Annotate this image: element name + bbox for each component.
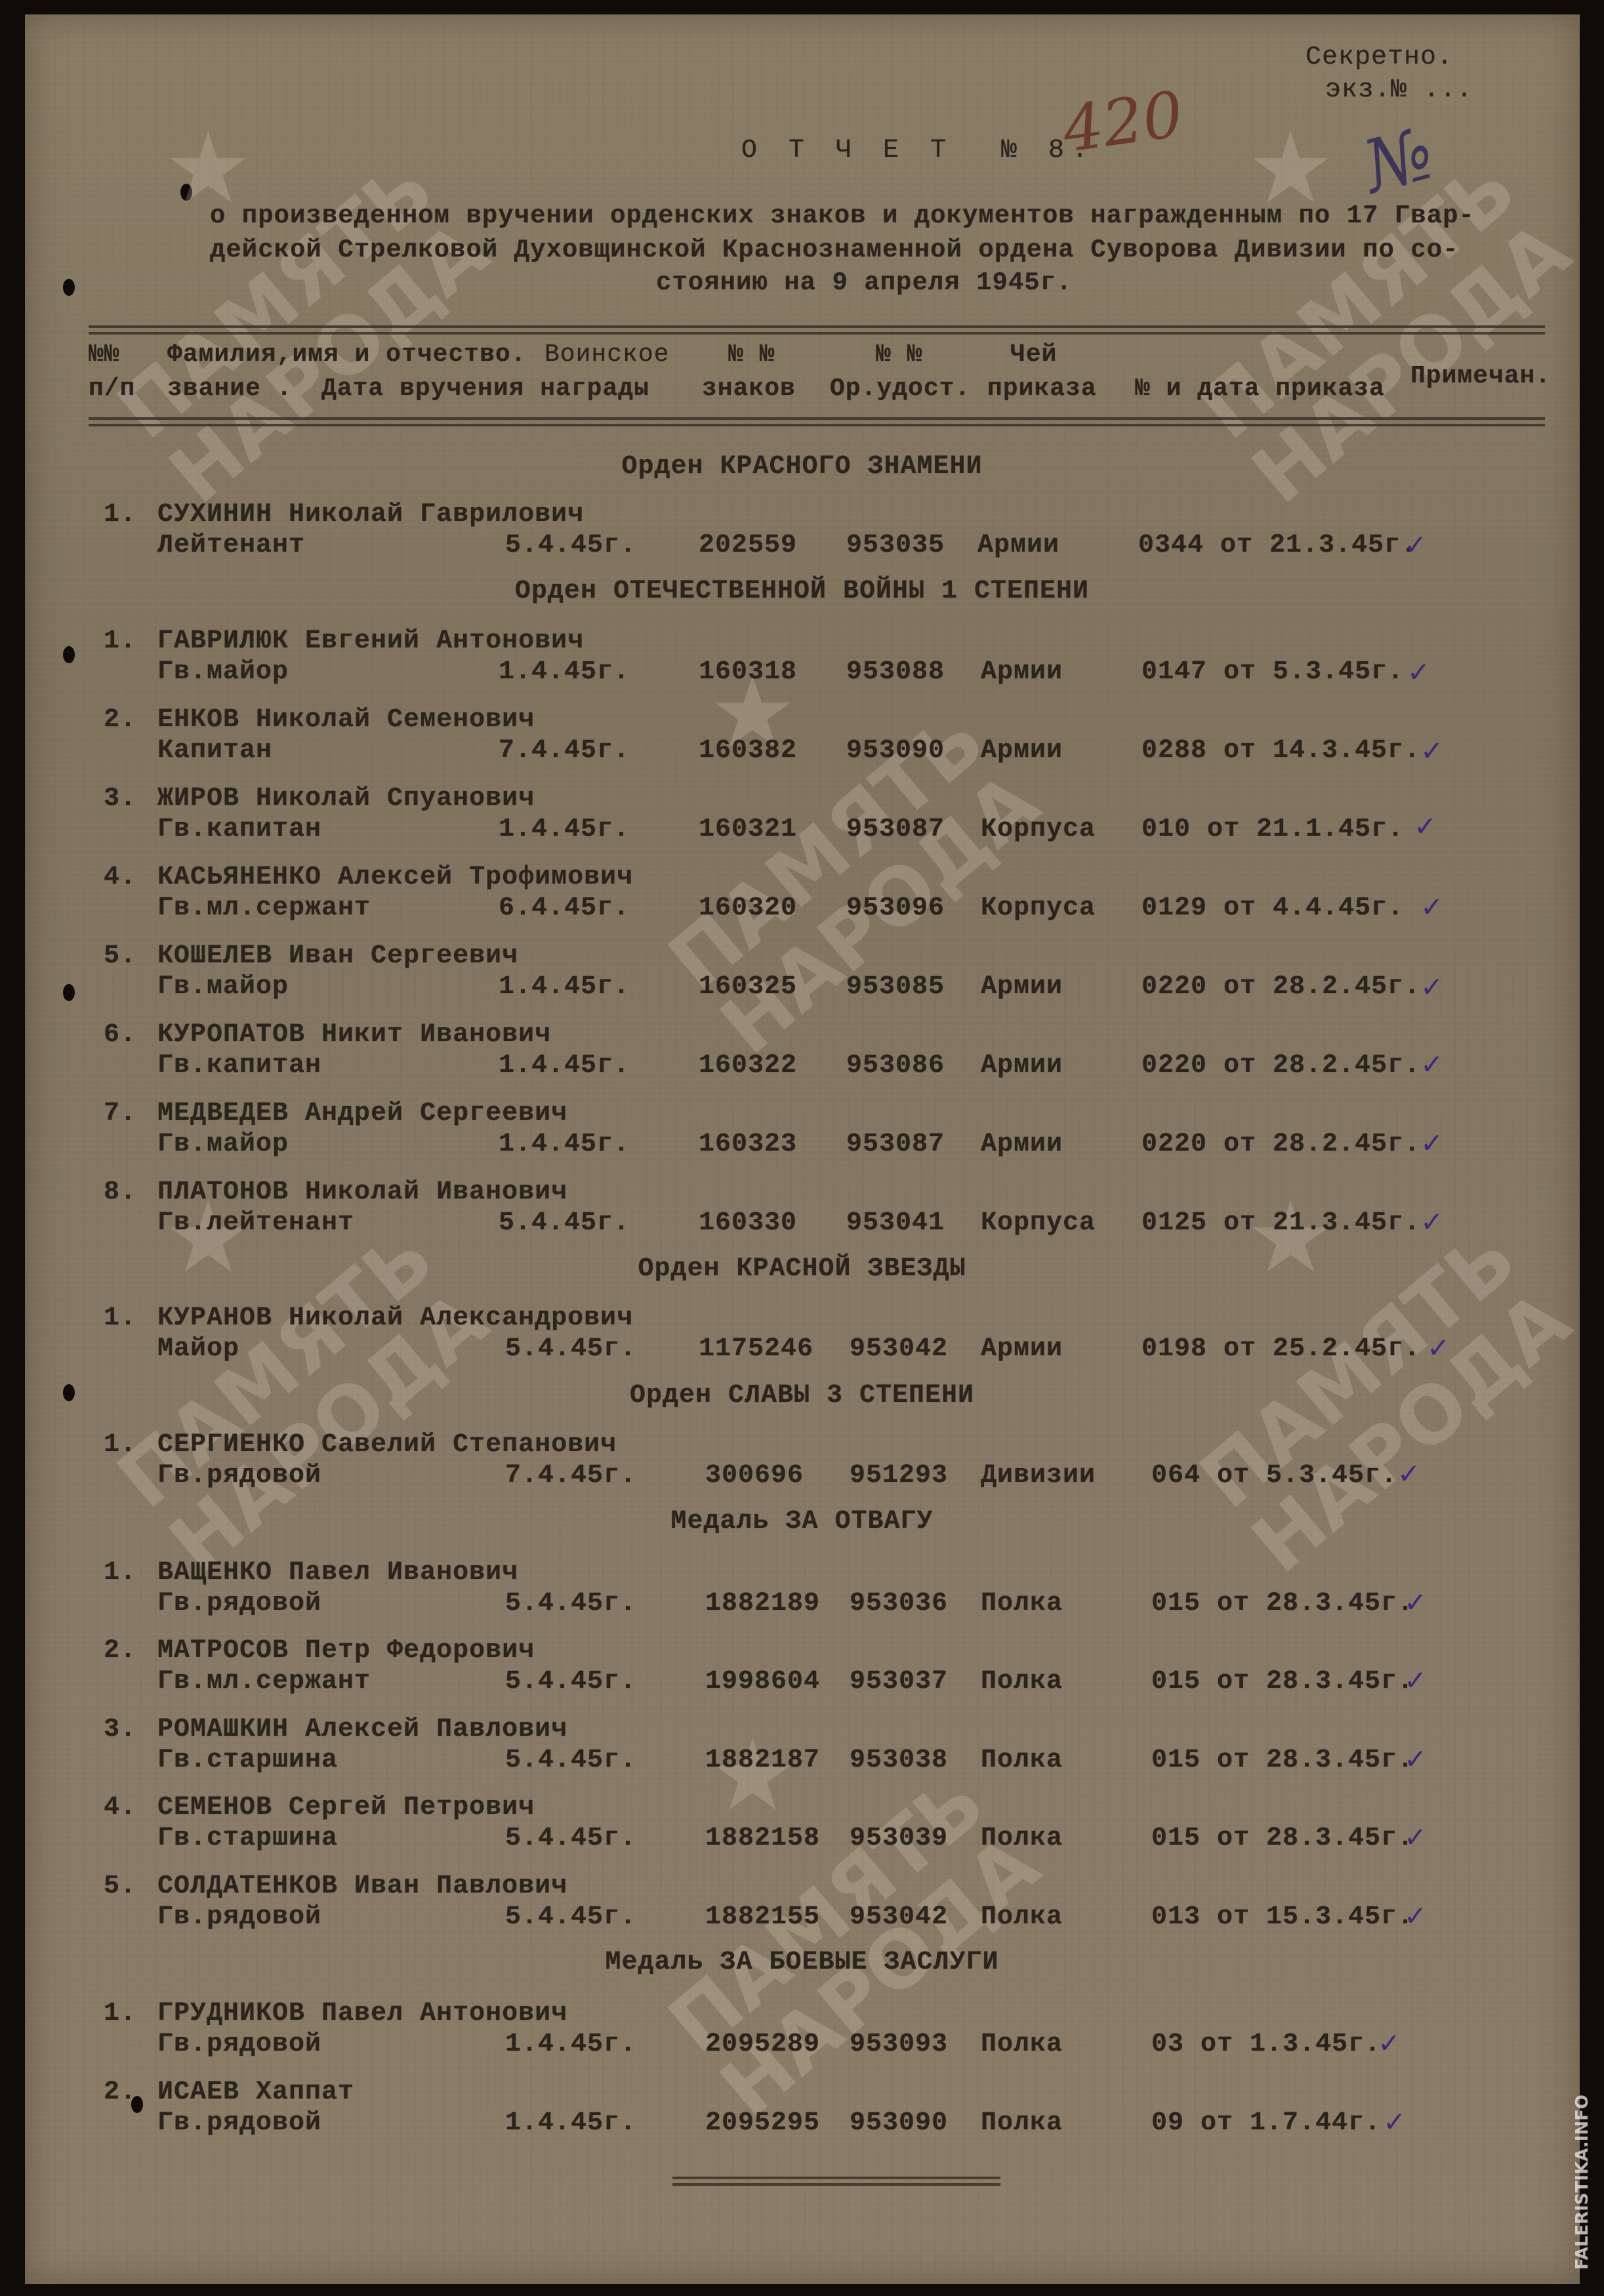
- row-number: 1.: [104, 1432, 136, 1458]
- row-name: ГАВРИЛЮК Евгений Антонович: [157, 628, 584, 655]
- row-name: ИСАЕВ Хаппат: [157, 2080, 354, 2106]
- row-date: 5.4.45г.: [499, 1210, 630, 1237]
- row-name: КУРОПАТОВ Никит Иванович: [157, 1022, 551, 1048]
- row-rank: Майор: [157, 1336, 239, 1363]
- row-rank: Гв.майор: [157, 1132, 289, 1158]
- row-badge: 1882187: [705, 1748, 820, 1774]
- row-rank: Гв.старшина: [157, 1826, 338, 1852]
- row-cert: 953085: [846, 974, 945, 1000]
- row-rank: Гв.майор: [157, 974, 289, 1000]
- row-whose: Дивизии: [981, 1463, 1096, 1489]
- col-military: Воинское: [545, 342, 669, 367]
- checkmark-icon: ✓: [1397, 1458, 1420, 1490]
- row-whose: Полка: [981, 2110, 1063, 2137]
- row-whose: Полка: [981, 2032, 1063, 2058]
- row-name: СОЛДАТЕНКОВ Иван Павлович: [157, 1874, 567, 1900]
- row-name: ПЛАТОНОВ Николай Иванович: [157, 1179, 567, 1206]
- checkmark-icon: ✓: [1420, 1048, 1443, 1080]
- punch-hole: [63, 646, 75, 663]
- row-date: 1.4.45г.: [499, 974, 630, 1000]
- row-badge: 1882189: [705, 1591, 820, 1617]
- row-order: 015 от 28.3.45г.: [1151, 1826, 1414, 1852]
- row-number: 6.: [104, 1022, 136, 1048]
- end-rule: [672, 2177, 1000, 2179]
- row-name: ЖИРОВ Николай Спуанович: [157, 786, 535, 812]
- section-title: Орден ОТЕЧЕСТВЕННОЙ ВОЙНЫ 1 СТЕПЕНИ: [0, 579, 1604, 605]
- table-header-rule: [89, 424, 1545, 426]
- row-whose: Армии: [981, 974, 1063, 1000]
- row-cert: 953036: [850, 1591, 948, 1617]
- row-badge: 1882158: [705, 1826, 820, 1852]
- row-badge: 1175246: [699, 1336, 813, 1363]
- col-rank: звание .: [167, 377, 292, 401]
- row-order: 064 от 5.3.45г.: [1151, 1463, 1397, 1489]
- row-whose: Армии: [977, 533, 1059, 559]
- row-order: 0129 от 4.4.45г.: [1141, 895, 1404, 922]
- row-badge: 160318: [699, 659, 797, 686]
- row-badge: 2095295: [705, 2110, 820, 2137]
- row-whose: Армии: [981, 738, 1063, 764]
- checkmark-icon: ✓: [1378, 2027, 1401, 2059]
- row-number: 5.: [104, 1874, 136, 1900]
- row-order: 015 от 28.3.45г.: [1151, 1669, 1414, 1695]
- row-whose: Армии: [981, 1336, 1063, 1363]
- col-badge: № №: [728, 342, 775, 367]
- row-number: 4.: [104, 1795, 136, 1821]
- row-cert: 953093: [850, 2032, 948, 2058]
- row-number: 1.: [104, 628, 136, 655]
- col-whose: Чей: [1010, 342, 1057, 367]
- row-name: КОШЕЛЕВ Иван Сергеевич: [157, 943, 518, 970]
- row-badge: 300696: [705, 1463, 804, 1489]
- checkmark-icon: ✓: [1420, 1127, 1443, 1159]
- row-badge: 160382: [699, 738, 797, 764]
- row-date: 5.4.45г.: [505, 1336, 636, 1363]
- row-name: ЕНКОВ Николай Семенович: [157, 707, 535, 733]
- row-cert: 953090: [846, 738, 945, 764]
- row-badge: 160323: [699, 1132, 797, 1158]
- row-date: 7.4.45г.: [505, 1463, 636, 1489]
- checkmark-icon: ✓: [1414, 810, 1437, 842]
- row-badge: 202559: [699, 533, 797, 559]
- row-date: 1.4.45г.: [499, 659, 630, 686]
- secrecy-label: Секретно.: [1306, 45, 1453, 71]
- row-order: 0198 от 25.2.45г.: [1141, 1336, 1420, 1363]
- row-cert: 953087: [846, 817, 945, 843]
- checkmark-icon: ✓: [1404, 1586, 1427, 1618]
- document-subtitle-line1: о произведенном вручении орденских знако…: [210, 203, 1475, 229]
- col-whose: приказа: [987, 377, 1097, 401]
- checkmark-icon: ✓: [1404, 1743, 1427, 1775]
- row-whose: Армии: [981, 1053, 1063, 1079]
- row-order: 0344 от 21.3.45г.: [1138, 533, 1417, 559]
- row-badge: 160322: [699, 1053, 797, 1079]
- row-whose: Армии: [981, 659, 1063, 686]
- row-date: 5.4.45г.: [505, 1826, 636, 1852]
- row-date: 1.4.45г.: [505, 2032, 636, 2058]
- checkmark-icon: ✓: [1404, 529, 1427, 561]
- col-date: Дата вручения награды: [321, 377, 649, 401]
- row-date: 6.4.45г.: [499, 895, 630, 922]
- row-name: МАТРОСОВ Петр Федорович: [157, 1638, 535, 1664]
- punch-hole: [63, 984, 75, 1001]
- section-title: Медаль ЗА ОТВАГУ: [0, 1509, 1604, 1535]
- checkmark-icon: ✓: [1427, 1332, 1450, 1364]
- section-title: Орден КРАСНОЙ ЗВЕЗДЫ: [0, 1256, 1604, 1282]
- row-whose: Корпуса: [981, 817, 1096, 843]
- row-rank: Гв.капитан: [157, 1053, 321, 1079]
- row-cert: 953086: [846, 1053, 945, 1079]
- checkmark-icon: ✓: [1404, 1900, 1427, 1932]
- row-number: 7.: [104, 1101, 136, 1127]
- row-date: 5.4.45г.: [505, 1904, 636, 1931]
- row-rank: Гв.мл.сержант: [157, 895, 371, 922]
- document-subtitle-line3: стоянию на 9 апреля 1945г.: [656, 270, 1073, 296]
- row-whose: Армии: [981, 1132, 1063, 1158]
- row-badge: 1882155: [705, 1904, 820, 1931]
- table-top-rule: [89, 332, 1545, 335]
- checkmark-icon: ✓: [1383, 2106, 1406, 2138]
- row-number: 5.: [104, 943, 136, 970]
- document-title: О Т Ч Е Т № 8.: [741, 138, 1096, 164]
- table-header-rule: [89, 417, 1545, 420]
- row-name: КУРАНОВ Николай Александрович: [157, 1305, 633, 1332]
- row-number: 8.: [104, 1179, 136, 1206]
- row-rank: Гв.рядовой: [157, 1591, 321, 1617]
- row-name: ВАЩЕНКО Павел Иванович: [157, 1560, 518, 1586]
- row-rank: Гв.майор: [157, 659, 289, 686]
- row-number: 3.: [104, 786, 136, 812]
- row-date: 5.4.45г.: [505, 1748, 636, 1774]
- row-cert: 953039: [850, 1826, 948, 1852]
- row-rank: Гв.рядовой: [157, 1463, 321, 1489]
- row-badge: 160320: [699, 895, 797, 922]
- row-order: 010 от 21.1.45г.: [1141, 817, 1404, 843]
- checkmark-icon: ✓: [1404, 1664, 1427, 1696]
- col-note: Примечан.: [1410, 364, 1551, 389]
- row-date: 7.4.45г.: [499, 738, 630, 764]
- row-cert: 953088: [846, 659, 945, 686]
- row-order: 0220 от 28.2.45г.: [1141, 1053, 1420, 1079]
- row-date: 1.4.45г.: [505, 2110, 636, 2137]
- row-order: 013 от 15.3.45г.: [1151, 1904, 1414, 1931]
- row-cert: 953096: [846, 895, 945, 922]
- row-rank: Гв.мл.сержант: [157, 1669, 371, 1695]
- row-rank: Гв.капитан: [157, 817, 321, 843]
- row-order: 0288 от 14.3.45г.: [1141, 738, 1420, 764]
- row-whose: Корпуса: [981, 895, 1096, 922]
- row-whose: Полка: [981, 1591, 1063, 1617]
- section-title: Орден КРАСНОГО ЗНАМЕНИ: [0, 454, 1604, 480]
- col-cert: Ор.удост.: [830, 377, 970, 401]
- row-order: 0220 от 28.2.45г.: [1141, 1132, 1420, 1158]
- row-cert: 953087: [846, 1132, 945, 1158]
- row-order: 015 от 28.3.45г.: [1151, 1591, 1414, 1617]
- row-number: 2.: [104, 1638, 136, 1664]
- checkmark-icon: ✓: [1420, 891, 1443, 923]
- row-badge: 160330: [699, 1210, 797, 1237]
- row-order: 09 от 1.7.44г.: [1151, 2110, 1381, 2137]
- row-name: ГРУДНИКОВ Павел Антонович: [157, 2001, 567, 2027]
- row-date: 5.4.45г.: [505, 533, 636, 559]
- punch-hole: [63, 279, 75, 296]
- row-rank: Лейтенант: [157, 533, 305, 559]
- row-badge: 1998604: [705, 1669, 820, 1695]
- row-badge: 160325: [699, 974, 797, 1000]
- row-badge: 2095289: [705, 2032, 820, 2058]
- col-order: № и дата приказа: [1135, 377, 1385, 401]
- row-name: СЕМЕНОВ Сергей Петрович: [157, 1795, 535, 1821]
- section-title: Медаль ЗА БОЕВЫЕ ЗАСЛУГИ: [0, 1950, 1604, 1976]
- row-order: 0147 от 5.3.45г.: [1141, 659, 1404, 686]
- row-number: 1.: [104, 1305, 136, 1332]
- row-cert: 953035: [846, 533, 945, 559]
- row-cert: 953042: [850, 1904, 948, 1931]
- row-whose: Полка: [981, 1669, 1063, 1695]
- col-name: Фамилия,имя и отчество.: [167, 342, 527, 367]
- row-number: 2.: [104, 2080, 136, 2106]
- row-rank: Гв.рядовой: [157, 2110, 321, 2137]
- row-rank: Гв.лейтенант: [157, 1210, 354, 1237]
- row-number: 1.: [104, 2001, 136, 2027]
- row-number: 2.: [104, 707, 136, 733]
- row-rank: Гв.старшина: [157, 1748, 338, 1774]
- checkmark-icon: ✓: [1420, 1206, 1443, 1238]
- row-badge: 160321: [699, 817, 797, 843]
- col-num: п/п: [89, 377, 135, 401]
- copy-number-label: экз.№ ...: [1325, 77, 1473, 104]
- row-number: 1.: [104, 502, 136, 528]
- row-rank: Гв.рядовой: [157, 1904, 321, 1931]
- row-date: 1.4.45г.: [499, 817, 630, 843]
- row-number: 4.: [104, 865, 136, 891]
- row-order: 015 от 28.3.45г.: [1151, 1748, 1414, 1774]
- row-name: СЕРГИЕНКО Савелий Степанович: [157, 1432, 617, 1458]
- row-date: 1.4.45г.: [499, 1053, 630, 1079]
- site-watermark: FALERISTIKA.INFO: [1573, 2095, 1592, 2270]
- row-name: СУХИНИН Николай Гаврилович: [157, 502, 584, 528]
- checkmark-icon: ✓: [1420, 971, 1443, 1003]
- row-cert: 953038: [850, 1748, 948, 1774]
- row-rank: Капитан: [157, 738, 272, 764]
- row-order: 0220 от 28.2.45г.: [1141, 974, 1420, 1000]
- row-cert: 953037: [850, 1669, 948, 1695]
- row-name: РОМАШКИН Алексей Павлович: [157, 1717, 567, 1743]
- row-whose: Полка: [981, 1748, 1063, 1774]
- checkmark-icon: ✓: [1407, 656, 1430, 688]
- row-rank: Гв.рядовой: [157, 2032, 321, 2058]
- row-date: 5.4.45г.: [505, 1669, 636, 1695]
- row-whose: Полка: [981, 1826, 1063, 1852]
- col-badge: знаков: [702, 377, 796, 401]
- row-cert: 953090: [850, 2110, 948, 2137]
- row-cert: 951293: [850, 1463, 948, 1489]
- row-date: 5.4.45г.: [505, 1591, 636, 1617]
- row-whose: Полка: [981, 1904, 1063, 1931]
- table-top-rule: [89, 325, 1545, 328]
- checkmark-icon: ✓: [1420, 735, 1443, 767]
- row-name: МЕДВЕДЕВ Андрей Сергеевич: [157, 1101, 567, 1127]
- end-rule: [672, 2183, 1000, 2186]
- checkmark-icon: ✓: [1404, 1821, 1427, 1853]
- col-cert: № №: [876, 342, 922, 367]
- row-number: 3.: [104, 1717, 136, 1743]
- row-whose: Корпуса: [981, 1210, 1096, 1237]
- row-order: 0125 от 21.3.45г.: [1141, 1210, 1420, 1237]
- watermark-star-icon: ★: [709, 1719, 796, 1833]
- row-date: 1.4.45г.: [499, 1132, 630, 1158]
- row-cert: 953042: [850, 1336, 948, 1363]
- col-num: №№: [89, 342, 120, 367]
- row-cert: 953041: [846, 1210, 945, 1237]
- row-order: 03 от 1.3.45г.: [1151, 2032, 1381, 2058]
- row-number: 1.: [104, 1560, 136, 1586]
- document-subtitle-line2: дейской Стрелковой Духовщинской Краснозн…: [210, 237, 1459, 263]
- section-title: Орден СЛАВЫ 3 СТЕПЕНИ: [0, 1383, 1604, 1409]
- row-name: КАСЬЯНЕНКО Алексей Трофимович: [157, 865, 633, 891]
